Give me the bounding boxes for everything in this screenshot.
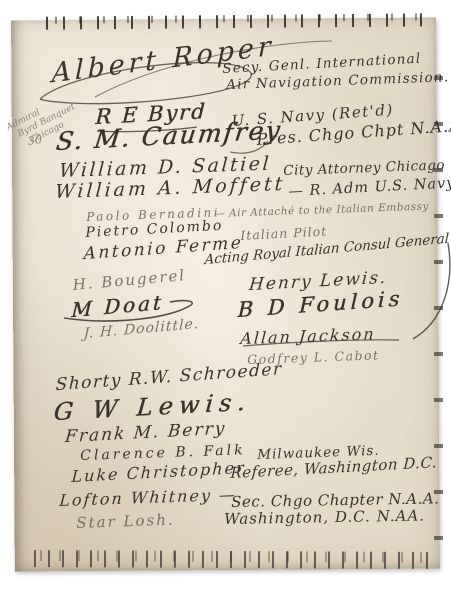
pencil-note-number: 30 — [27, 133, 43, 148]
signature-star-losh: Star Losh. — [76, 511, 175, 532]
torn-edge-bottom — [34, 550, 436, 569]
annotation-losh-title: Washington, D.C. N.AA. — [224, 506, 425, 528]
photo-background: Admiral Byrd Banquet Chicago 30 Albert R… — [0, 0, 451, 600]
